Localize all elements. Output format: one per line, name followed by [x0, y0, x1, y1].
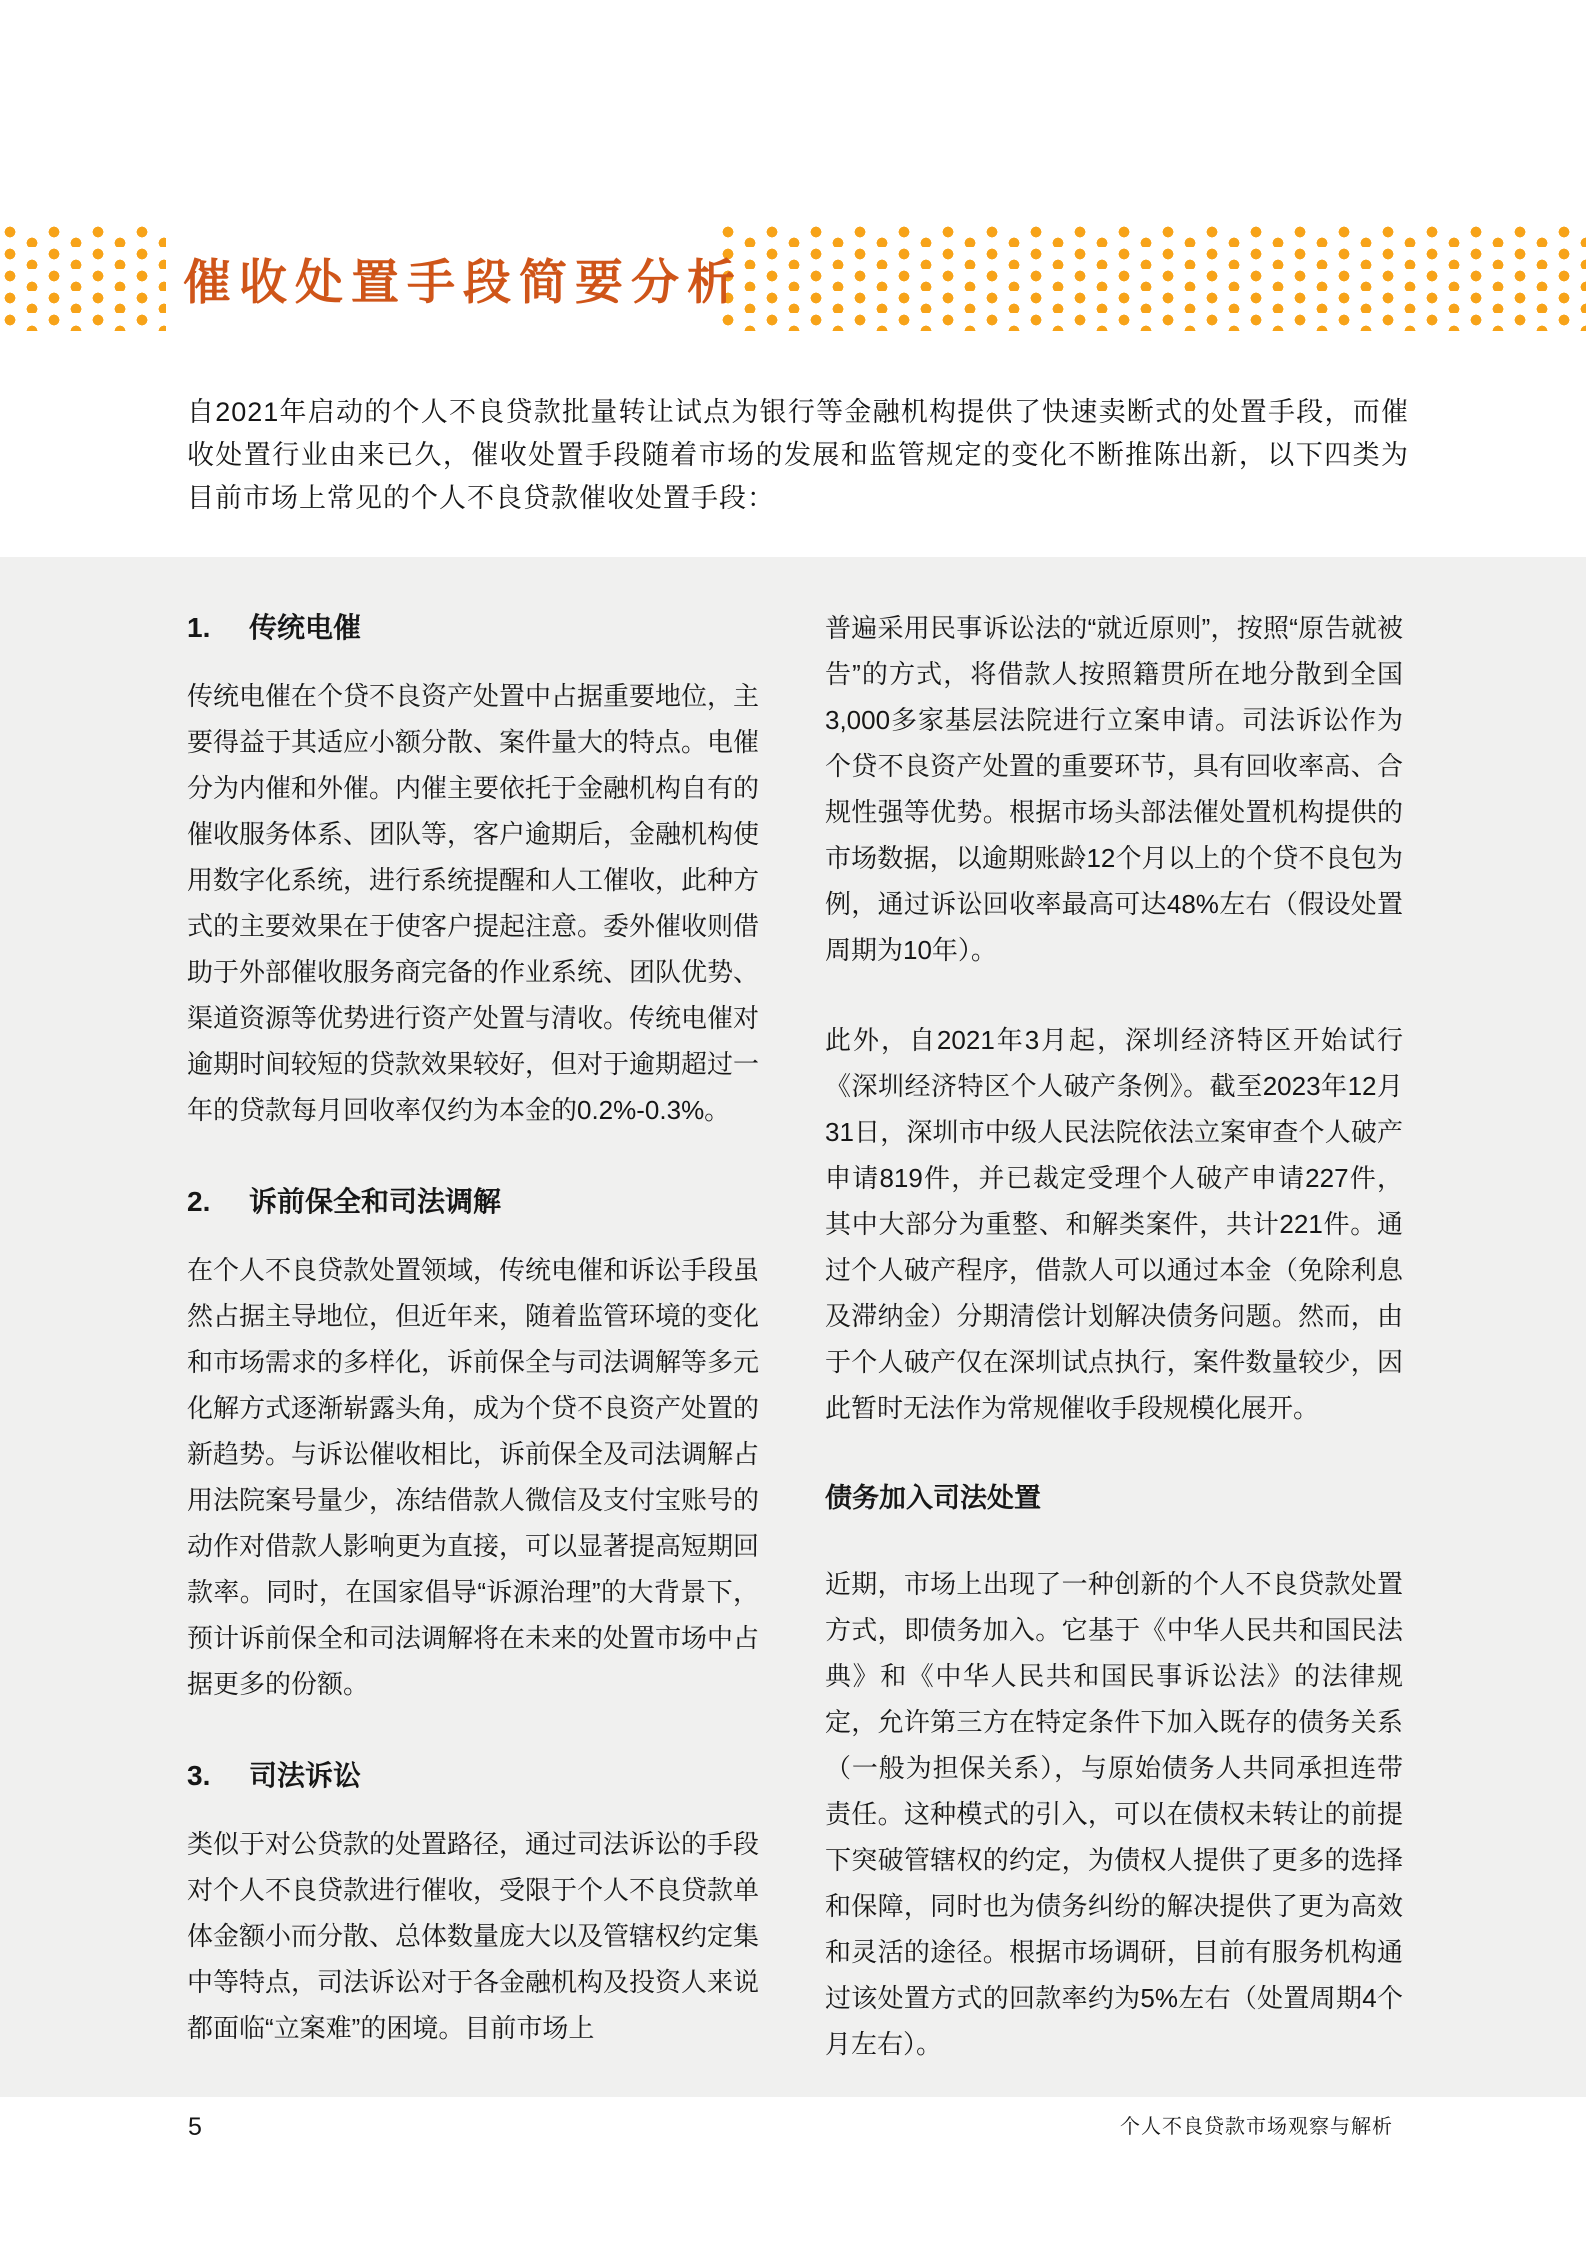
- section-judicial-litigation: 3. 司法诉讼 类似于对公贷款的处置路径，通过司法诉讼的手段对个人不良贷款进行催…: [187, 1753, 759, 2051]
- page-title: 催收处置手段简要分析: [183, 244, 743, 313]
- section-3-title: 司法诉讼: [249, 1753, 361, 1799]
- intro-paragraph: 自2021年启动的个人不良贷款批量转让试点为银行等金融机构提供了快速卖断式的处置…: [187, 391, 1409, 520]
- footer-doc-title: 个人不良贷款市场观察与解析: [1120, 2111, 1393, 2143]
- right-paragraph-personal-bankruptcy: 此外，自2021年3月起，深圳经济特区开始试行《深圳经济特区个人破产条例》。截至…: [825, 1017, 1403, 1431]
- right-paragraph-litigation-continued: 普遍采用民事诉讼法的“就近原则”，按照“原告就被告”的方式，将借款人按照籍贯所在…: [825, 605, 1403, 973]
- subheading-debt-joining: 债务加入司法处置: [825, 1475, 1403, 1521]
- section-2-number: 2.: [187, 1179, 249, 1225]
- section-1-body: 传统电催在个贷不良资产处置中占据重要地位，主要得益于其适应小额分散、案件量大的特…: [187, 673, 759, 1133]
- section-2-title: 诉前保全和司法调解: [249, 1179, 501, 1225]
- section-2-body: 在个人不良贷款处置领域，传统电催和诉讼手段虽然占据主导地位，但近年来，随着监管环…: [187, 1247, 759, 1707]
- right-paragraph-debt-joining: 近期，市场上出现了一种创新的个人不良贷款处置方式，即债务加入。它基于《中华人民共…: [825, 1561, 1403, 2067]
- section-1-heading: 1. 传统电催: [187, 605, 759, 651]
- section-1-title: 传统电催: [249, 605, 361, 651]
- left-column: 1. 传统电催 传统电催在个贷不良资产处置中占据重要地位，主要得益于其适应小额分…: [187, 605, 759, 2097]
- document-page: 催收处置手段简要分析 自2021年启动的个人不良贷款批量转让试点为银行等金融机构…: [0, 0, 1586, 2244]
- section-3-body: 类似于对公贷款的处置路径，通过司法诉讼的手段对个人不良贷款进行催收，受限于个人不…: [187, 1821, 759, 2051]
- page-footer: 5 个人不良贷款市场观察与解析: [0, 2097, 1586, 2244]
- section-traditional-tele-collection: 1. 传统电催 传统电催在个贷不良资产处置中占据重要地位，主要得益于其适应小额分…: [187, 605, 759, 1133]
- section-pre-litigation-preservation: 2. 诉前保全和司法调解 在个人不良贷款处置领域，传统电催和诉讼手段虽然占据主导…: [187, 1179, 759, 1707]
- dot-pattern-right-decoration: [718, 225, 1586, 331]
- section-3-heading: 3. 司法诉讼: [187, 1753, 759, 1799]
- right-column: 普遍采用民事诉讼法的“就近原则”，按照“原告就被告”的方式，将借款人按照籍贯所在…: [825, 605, 1403, 2097]
- page-header: 催收处置手段简要分析: [0, 225, 1586, 331]
- dot-pattern-left-decoration: [0, 225, 166, 331]
- content-area: 1. 传统电催 传统电催在个贷不良资产处置中占据重要地位，主要得益于其适应小额分…: [0, 557, 1586, 2097]
- section-3-number: 3.: [187, 1753, 249, 1799]
- section-1-number: 1.: [187, 605, 249, 651]
- section-2-heading: 2. 诉前保全和司法调解: [187, 1179, 759, 1225]
- page-number: 5: [188, 2111, 202, 2143]
